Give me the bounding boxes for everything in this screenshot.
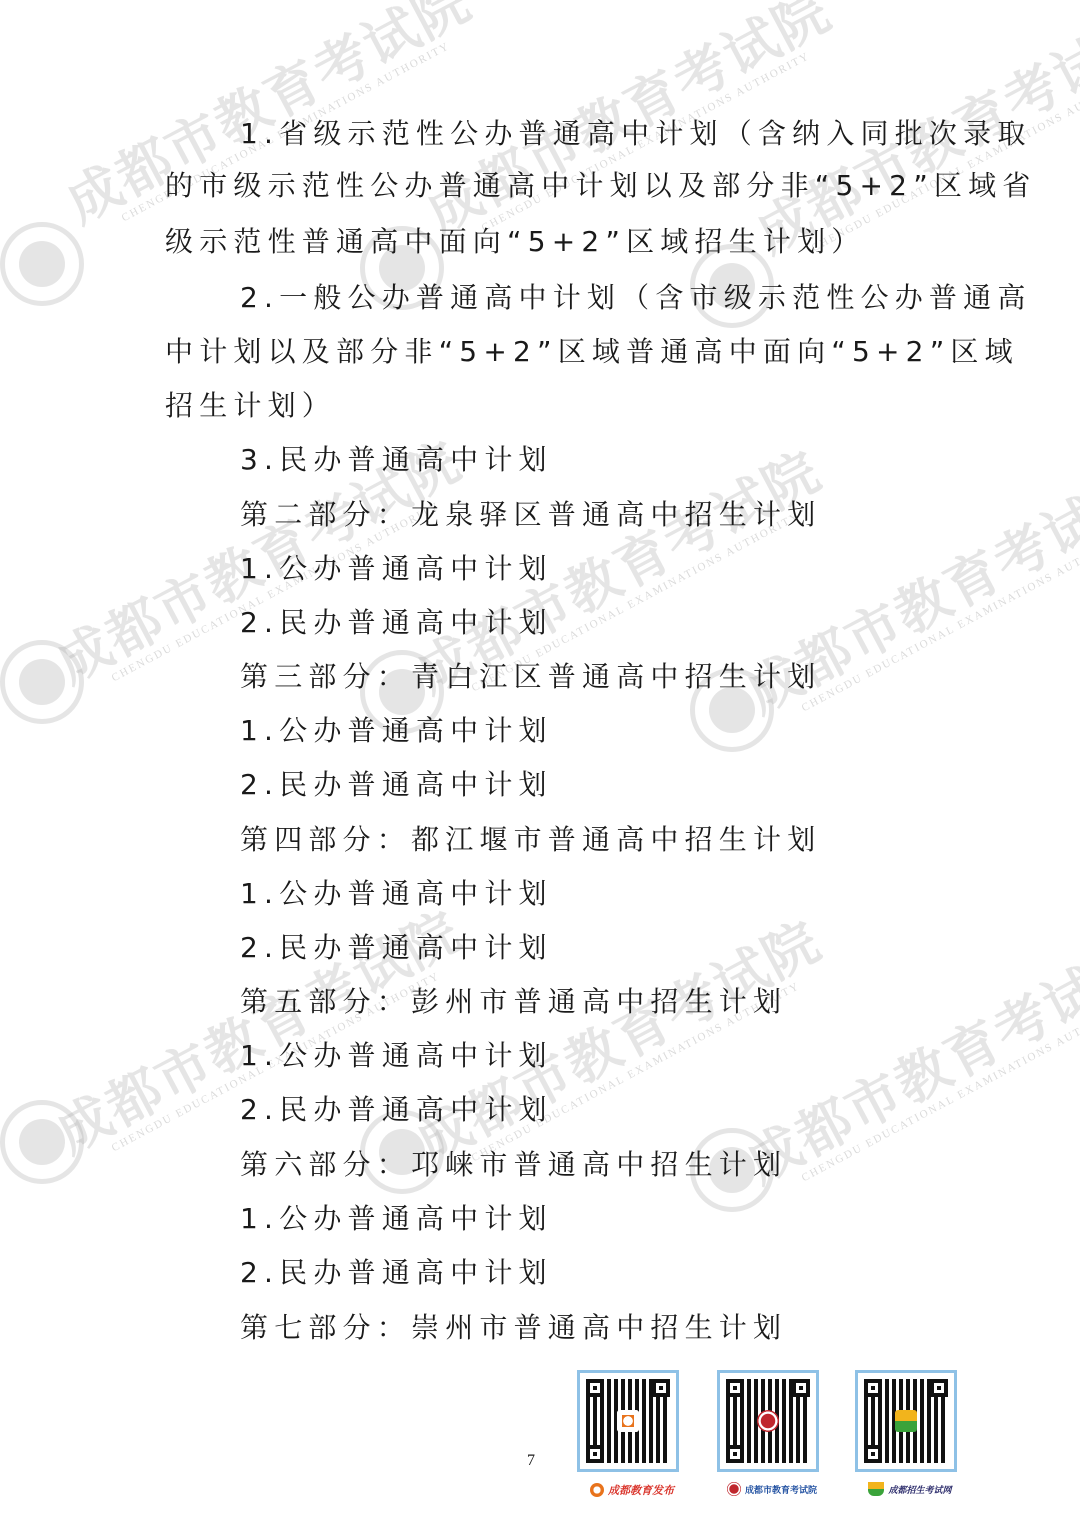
qr-code-chengdu-education[interactable]: 成都教育发布 [577, 1370, 687, 1498]
seal-icon [0, 222, 84, 306]
text-line: 2.民办普通高中计划 [240, 928, 553, 968]
qr-code-icon [726, 1379, 810, 1463]
qr-code-icon [586, 1379, 670, 1463]
text-line: 2.民办普通高中计划 [240, 1090, 553, 1130]
seal-icon [0, 640, 84, 724]
text-line: 的市级示范性公办普通高中计划以及部分非“5+2”区域省 [165, 166, 1037, 206]
brand-logo-icon [868, 1482, 884, 1496]
text-line: 1.公办普通高中计划 [240, 874, 553, 914]
text-line: 2.民办普通高中计划 [240, 1253, 553, 1293]
section-heading: 第四部分：都江堰市普通高中招生计划 [240, 820, 821, 860]
page-number: 7 [527, 1452, 535, 1470]
section-heading: 第六部分：邛崃市普通高中招生计划 [240, 1145, 787, 1185]
text-line: 招生计划） [165, 386, 336, 426]
seal-icon [0, 1100, 84, 1184]
text-line: 1.公办普通高中计划 [240, 1199, 553, 1239]
text-line: 3.民办普通高中计划 [240, 440, 553, 480]
qr-code-icon [864, 1379, 948, 1463]
text-line: 1.省级示范性公办普通高中计划（含纳入同批次录取 [240, 114, 1032, 154]
brand-logo-icon [895, 1410, 917, 1432]
brand-logo-icon [617, 1410, 639, 1432]
text-line: 2.一般公办普通高中计划（含市级示范性公办普通高 [240, 278, 1032, 318]
text-line: 2.民办普通高中计划 [240, 603, 553, 643]
text-line: 1.公办普通高中计划 [240, 549, 553, 589]
section-heading: 第三部分：青白江区普通高中招生计划 [240, 657, 821, 697]
section-heading: 第五部分：彭州市普通高中招生计划 [240, 982, 787, 1022]
section-heading: 第七部分：崇州市普通高中招生计划 [240, 1308, 787, 1348]
section-heading: 第二部分：龙泉驿区普通高中招生计划 [240, 495, 821, 535]
text-line: 2.民办普通高中计划 [240, 765, 553, 805]
text-line: 1.公办普通高中计划 [240, 711, 553, 751]
qr-code-exam-authority[interactable]: 成都市教育考试院 [717, 1370, 827, 1496]
qr-code-admissions-site[interactable]: 成都招生考试网 [855, 1370, 965, 1496]
text-line: 1.公办普通高中计划 [240, 1036, 553, 1076]
brand-logo-icon [727, 1482, 741, 1496]
brand-logo-icon [757, 1410, 779, 1432]
text-line: 级示范性普通高中面向“5+2”区域招生计划） [165, 222, 866, 262]
text-line: 中计划以及部分非“5+2”区域普通高中面向“5+2”区域 [165, 332, 1019, 372]
brand-logo-icon [590, 1483, 604, 1497]
